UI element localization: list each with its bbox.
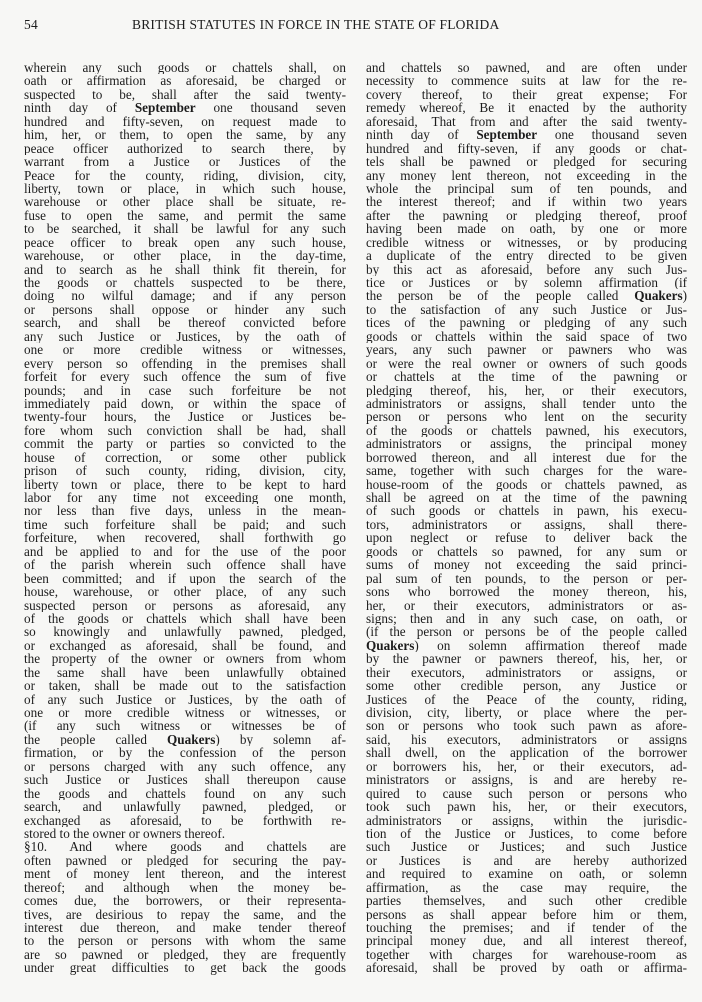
text-line: peace officer to break open any such hou…: [24, 236, 346, 249]
text-line: of the parish wherein such offence shall…: [24, 558, 346, 571]
text-line: administrators or assigns, shall tender …: [366, 397, 687, 410]
text-line: to the satisfaction of any such Justice …: [366, 303, 687, 316]
text-line: immediately paid down, or within the spa…: [24, 397, 346, 410]
text-line: and be applied to and for the use of the…: [24, 545, 346, 558]
text-line: one or more credible witness or witnesse…: [24, 706, 346, 719]
text-line: doing no wilful damage; and if any perso…: [24, 289, 346, 302]
page-number: 54: [24, 17, 38, 33]
text-line: §10. And where goods and chattels are: [24, 840, 346, 853]
text-line: the property of the owner or owners from…: [24, 652, 346, 665]
text-line: hundred and fifty-seven, on request made…: [24, 115, 346, 128]
text-line: liberty, town or place, in which such ho…: [24, 182, 346, 195]
text-line: the person be of the people called Quake…: [366, 289, 687, 302]
text-line: so knowingly and unlawfully pawned, pled…: [24, 625, 346, 638]
text-line: fore whom such conviction shall be had, …: [24, 424, 346, 437]
text-line: ninth day of September one thousand seve…: [366, 128, 687, 141]
text-line: goods or chattels so pawned, for any sum…: [366, 545, 687, 558]
text-line: prison of such county, riding, division,…: [24, 464, 346, 477]
text-line: and chattels so pawned, and are often un…: [366, 61, 687, 74]
text-line: labor for any time not exceeding one mon…: [24, 491, 346, 504]
text-line: suspected to be, shall after the said tw…: [24, 88, 346, 101]
text-line: such Justice or Justices shall thereupon…: [24, 773, 346, 786]
text-line: of any such Justice or Justices, by the …: [24, 693, 346, 706]
text-line: forfeit for every such offence the sum o…: [24, 370, 346, 383]
text-line: nor less than five days, unless in the m…: [24, 504, 346, 517]
text-line: touching the premises; and if tender of …: [366, 921, 687, 934]
bold-term: Quakers: [634, 289, 682, 302]
text-line: division, city, liberty, or place where …: [366, 706, 687, 719]
text-line: of the goods or chattels which shall hav…: [24, 612, 346, 625]
text-line: shall dwell, on the application of the b…: [366, 746, 687, 759]
text-line: tion of the Justice or Justices, to come…: [366, 827, 687, 840]
text-line: aforesaid, shall be proved by oath or af…: [366, 961, 687, 974]
running-title: BRITISH STATUTES IN FORCE IN THE STATE O…: [132, 17, 499, 33]
text-line: one or more credible witness or witnesse…: [24, 343, 346, 356]
text-line: the interest thereof; and if within two …: [366, 195, 687, 208]
text-line: having been made on oath, by one or more: [366, 222, 687, 235]
text-line: hundred and fifty-seven, if any goods or…: [366, 142, 687, 155]
text-line: by this act as aforesaid, before any suc…: [366, 263, 687, 276]
text-line: to the person or persons with whom the s…: [24, 934, 346, 947]
text-line: remedy whereof, Be it enacted by the aut…: [366, 101, 687, 114]
text-line: or borrowers his, her, or their executor…: [366, 760, 687, 773]
text-line: are so pawned or pledged, they are frequ…: [24, 948, 346, 961]
text-line: pledging thereof, his, her, or their exe…: [366, 384, 687, 397]
text-line: sons who borrowed the money thereon, his…: [366, 585, 687, 598]
text-line: the goods and chattels found on any such: [24, 787, 346, 800]
text-line: said, his executors, administrators or a…: [366, 733, 687, 746]
text-line: search, and shall be thereof convicted b…: [24, 316, 346, 329]
text-line: tels shall be pawned or pledged for secu…: [366, 155, 687, 168]
text-line: fuse to open the same, and permit the sa…: [24, 209, 346, 222]
text-line: of the goods or chattels pawned, his exe…: [366, 424, 687, 437]
text-line: house of correction, or some other publi…: [24, 451, 346, 464]
text-line: sums of money not exceeding the said pri…: [366, 558, 687, 571]
text-line: Peace for the county, riding, division, …: [24, 169, 346, 182]
text-line: quired to cause such person or persons w…: [366, 787, 687, 800]
text-line: Justices of the Peace of the county, rid…: [366, 693, 687, 706]
text-line: parties themselves, and such other credi…: [366, 894, 687, 907]
page-header: 54 BRITISH STATUTES IN FORCE IN THE STAT…: [24, 17, 678, 33]
text-line: peace officer authorized to search there…: [24, 142, 346, 155]
text-line: or were the real owner or owners of such…: [366, 357, 687, 370]
text-line: interest due thereon, and make tender th…: [24, 921, 346, 934]
text-line: her, or their executors, administrators …: [366, 599, 687, 612]
text-line: firmation, or by the confession of the p…: [24, 746, 346, 759]
text-line: (if any such witness or witnesses be of: [24, 719, 346, 732]
text-line: administrators or assigns, the principal…: [366, 437, 687, 450]
text-line: goods or chattels within the said space …: [366, 330, 687, 343]
text-line: comes due, the borrowers, or their repre…: [24, 894, 346, 907]
text-line: years, any such pawner or pawners who wa…: [366, 343, 687, 356]
text-line: their executors, administrators or assig…: [366, 666, 687, 679]
text-line: took such pawn his, her, or their execut…: [366, 800, 687, 813]
text-line: warehouse or other place shall be situat…: [24, 195, 346, 208]
text-line: and to search as he shall think fit ther…: [24, 263, 346, 276]
text-line: person or persons who lent on the securi…: [366, 410, 687, 423]
text-line: time such forfeiture shall be paid; and …: [24, 518, 346, 531]
text-line: any money lent thereon, not exceeding in…: [366, 169, 687, 182]
text-line: the goods or chattels suspected to be th…: [24, 276, 346, 289]
text-line: and required to examine on oath, or sole…: [366, 867, 687, 880]
text-line: been committed; and if upon the search o…: [24, 572, 346, 585]
text-line: oath or affirmation as aforesaid, be cha…: [24, 74, 346, 87]
text-line: stored to the owner or owners thereof.: [24, 827, 346, 840]
text-line: every person so offending in the premise…: [24, 357, 346, 370]
text-line: him, her, or them, to open the same, by …: [24, 128, 346, 141]
text-line: covery thereof, to their great expense; …: [366, 88, 687, 101]
text-line: tice or Justices or by solemn affirmatio…: [366, 276, 687, 289]
text-line: whole the principal sum of ten pounds, a…: [366, 182, 687, 195]
text-line: house, warehouse, or other place, of any…: [24, 585, 346, 598]
text-line: signs; then and in any such case, on oat…: [366, 612, 687, 625]
text-line: borrowed thereon, and all interest due f…: [366, 451, 687, 464]
text-line: thereof; and although when the money be-: [24, 881, 346, 894]
text-line: ment of money lent thereon, and the inte…: [24, 867, 346, 880]
text-line: tices of the pawning or pledging of any …: [366, 316, 687, 329]
text-line: upon neglect or refuse to deliver back t…: [366, 531, 687, 544]
text-line: son or persons who took such pawn as afo…: [366, 719, 687, 732]
text-line: shall be agreed on at the time of the pa…: [366, 491, 687, 504]
text-line: tives, are desirious to repay the same, …: [24, 908, 346, 921]
text-line: persons as shall appear before him or th…: [366, 908, 687, 921]
text-line: or persons charged with any such offence…: [24, 760, 346, 773]
bold-term: Quakers: [167, 733, 215, 746]
text-line: some other credible person, any Justice …: [366, 679, 687, 692]
text-line: credible witness or witnesses, or by pro…: [366, 236, 687, 249]
text-line: often pawned or pledged for securing the…: [24, 854, 346, 867]
text-line: or exchanged as aforesaid, shall be foun…: [24, 639, 346, 652]
text-line: ninth day of September one thousand seve…: [24, 101, 346, 114]
text-line: same, together with such charges for the…: [366, 464, 687, 477]
text-line: warrant from a Justice or Justices of th…: [24, 155, 346, 168]
text-line: of such goods or chattels in pawn, his e…: [366, 504, 687, 517]
text-line: liberty town or place, there to be kept …: [24, 478, 346, 491]
bold-term: Quakers: [366, 639, 414, 652]
text-line: any such Justice or Justices, by the oat…: [24, 330, 346, 343]
bold-term: September: [135, 101, 196, 114]
text-line: pal sum of ten pounds, to the person or …: [366, 572, 687, 585]
text-line: a duplicate of the entry directed to be …: [366, 249, 687, 262]
text-line: or taken, shall be made out to the satis…: [24, 679, 346, 692]
text-line: or Justices is and are hereby authorized: [366, 854, 687, 867]
text-line: the people called Quakers) by solemn af-: [24, 733, 346, 746]
text-line: affirmation, as the case may require, th…: [366, 881, 687, 894]
text-line: aforesaid, That from and after the said …: [366, 115, 687, 128]
text-line: (if the person or persons be of the peop…: [366, 625, 687, 638]
text-line: ministrators or assigns, is and are here…: [366, 773, 687, 786]
text-line: principal money due, and all interest th…: [366, 934, 687, 947]
text-line: house-room of the goods or chattels pawn…: [366, 478, 687, 491]
text-line: or persons shall oppose or hinder any su…: [24, 303, 346, 316]
text-line: search, and unlawfully pawned, pledged, …: [24, 800, 346, 813]
left-column: wherein any such goods or chattels shall…: [24, 61, 346, 975]
text-line: administrators or assigns, within the ju…: [366, 814, 687, 827]
text-line: warehouse, or other place, in the day-ti…: [24, 249, 346, 262]
text-line: twenty-four hours, the Justice or Justic…: [24, 410, 346, 423]
text-line: suspected person or persons as aforesaid…: [24, 599, 346, 612]
text-line: necessity to commence suits at law for t…: [366, 74, 687, 87]
text-line: wherein any such goods or chattels shall…: [24, 61, 346, 74]
text-line: Quakers) on solemn affirmation thereof m…: [366, 639, 687, 652]
text-line: commit the party or parties so convicted…: [24, 437, 346, 450]
text-line: or chattels at the time of the pawning o…: [366, 370, 687, 383]
text-line: tors, administrators or assigns, shall t…: [366, 518, 687, 531]
text-line: forfeiture, when recovered, shall forthw…: [24, 531, 346, 544]
text-line: pounds; and in case such forfeiture be n…: [24, 384, 346, 397]
right-column: and chattels so pawned, and are often un…: [366, 61, 687, 975]
text-line: the same shall have been unlawfully obta…: [24, 666, 346, 679]
text-line: by the pawner or pawners thereof, his, h…: [366, 652, 687, 665]
text-line: exchanged as aforesaid, to be forthwith …: [24, 814, 346, 827]
text-line: to be searched, it shall be lawful for a…: [24, 222, 346, 235]
bold-term: September: [476, 128, 537, 141]
text-line: under great difficulties to get back the…: [24, 961, 346, 974]
text-line: after the pawning or pledging thereof, p…: [366, 209, 687, 222]
text-line: such Justice or Justices; and such Justi…: [366, 840, 687, 853]
text-line: together with charges for warehouse-room…: [366, 948, 687, 961]
